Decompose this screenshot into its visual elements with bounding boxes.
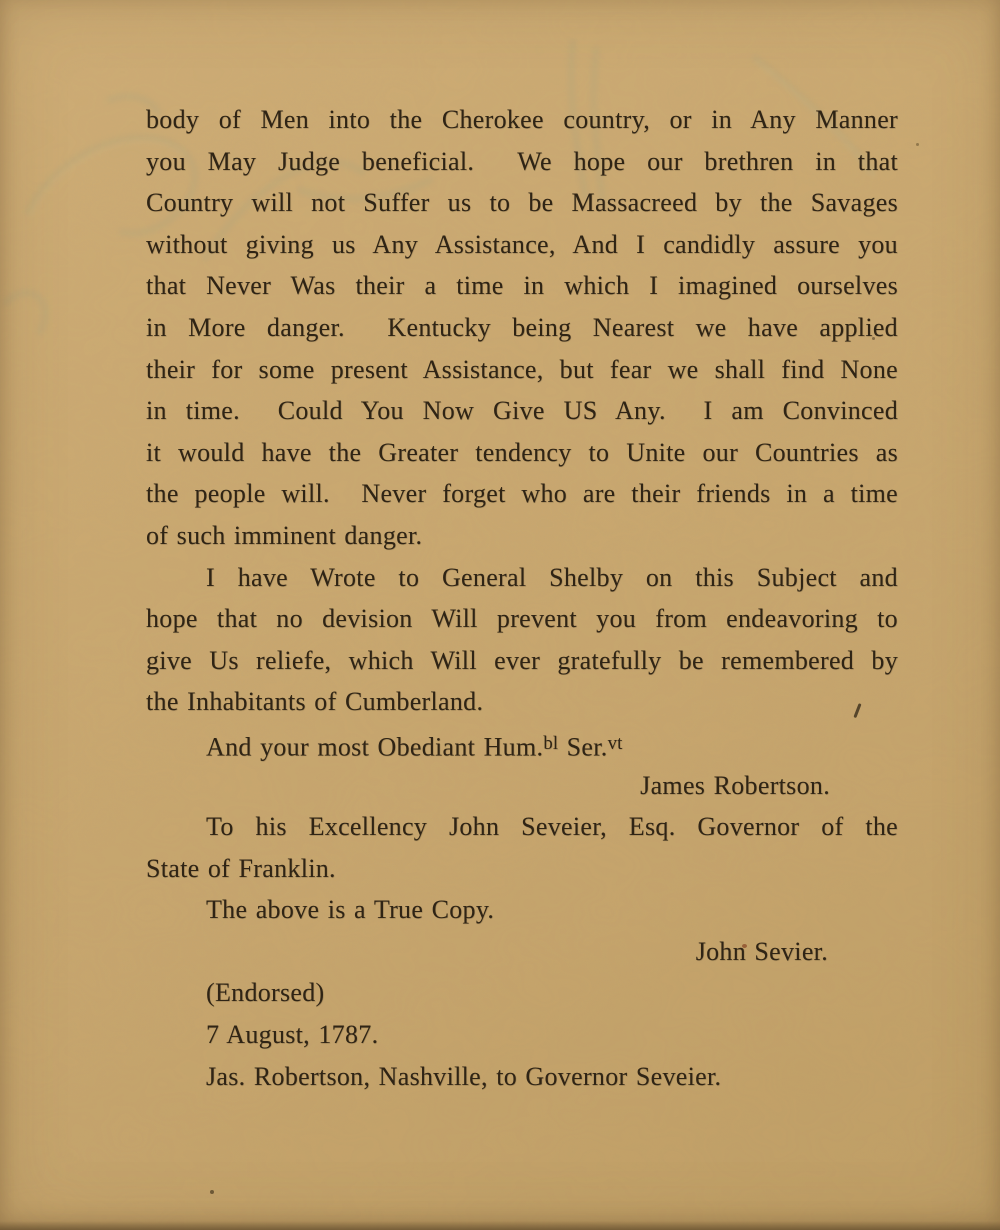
body-line: it would have the Greater tendency to Un… [146,432,898,474]
endorsement-date: 7 August, 1787. [146,1014,898,1056]
body-line: Country will not Suffer us to be Massacr… [146,182,898,224]
body-line: in time. Could You Now Give US Any. I am… [146,390,898,432]
addressee-line: State of Franklin. [146,848,898,890]
body-line: the Inhabitants of Cumberland. [146,681,898,723]
body-line: their for some present Assistance, but f… [146,349,898,391]
body-line: body of Men into the Cherokee country, o… [146,99,898,141]
body-line: give Us reliefe, which Will ever gratefu… [146,640,898,682]
letter-body: body of Men into the Cherokee country, o… [146,99,898,1097]
body-line: without giving us Any Assistance, And I … [146,224,898,266]
scanned-letter-page: body of Men into the Cherokee country, o… [0,0,1000,1230]
addressee-line: To his Excellency John Seveier, Esq. Gov… [146,806,898,848]
superscript-abbreviation: vt [608,733,623,754]
body-line: of such imminent danger. [146,515,898,557]
body-line: I have Wrote to General Shelby on this S… [146,557,898,599]
true-copy-line: The above is a True Copy. [146,889,898,931]
body-line: in More danger. Kentucky being Nearest w… [146,307,898,349]
closing-line: And your most Obediant Hum.bl Ser.vt [146,723,898,765]
endorsement-summary: Jas. Robertson, Nashville, to Governor S… [146,1056,898,1098]
superscript-abbreviation: bl [543,733,558,754]
page-bottom-edge-shadow [0,1221,1000,1230]
paper-speck [916,143,919,146]
signature-john-sevier: John Sevier. [146,931,898,973]
body-line: hope that no devision Will prevent you f… [146,598,898,640]
signature-james-robertson: James Robertson. [146,765,898,807]
body-line: that Never Was their a time in which I i… [146,265,898,307]
closing-text: And your most Obediant Hum. [206,732,543,761]
endorsement-label: (Endorsed) [146,972,898,1014]
body-line: the people will. Never forget who are th… [146,473,898,515]
body-line: you May Judge beneficial. We hope our br… [146,141,898,183]
closing-text: Ser. [558,732,607,761]
paper-speck [210,1190,214,1194]
